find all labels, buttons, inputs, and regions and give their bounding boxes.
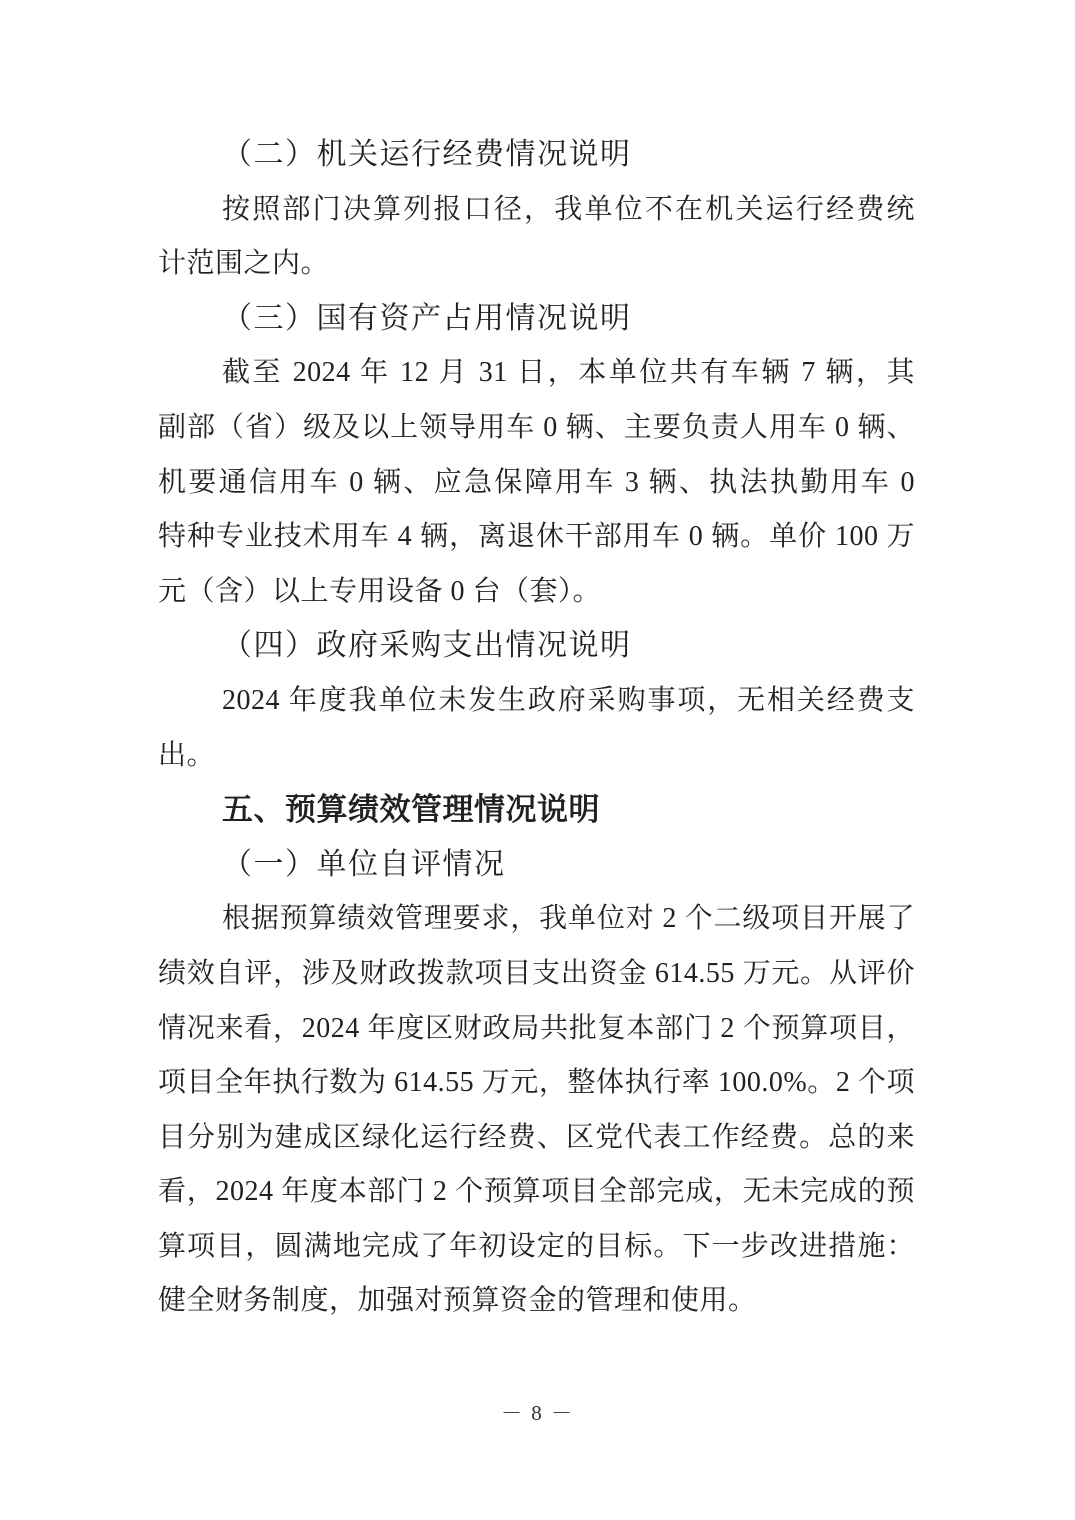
- body-line: 根据预算绩效管理要求，我单位对 2 个二级项目开展了: [158, 892, 915, 947]
- body-line: 副部（省）级及以上领导用车 0 辆、主要负责人用车 0 辆、: [158, 401, 915, 456]
- subsection-heading-i: （一）单位自评情况: [158, 838, 915, 893]
- body-line: 机要通信用车 0 辆、应急保障用车 3 辆、执法执勤用车 0 辆，: [158, 456, 915, 511]
- body-line: 项目全年执行数为 614.55 万元，整体执行率 100.0%。2 个项: [158, 1056, 915, 1111]
- section-heading-iii: （三）国有资产占用情况说明: [158, 292, 915, 347]
- section-heading-iv: （四）政府采购支出情况说明: [158, 619, 915, 674]
- body-line: 出。: [158, 729, 915, 784]
- body-line: 计范围之内。: [158, 237, 915, 292]
- body-line: 截至 2024 年 12 月 31 日，本单位共有车辆 7 辆，其中，: [158, 346, 915, 401]
- body-line: 特种专业技术用车 4 辆，离退休干部用车 0 辆。单价 100 万: [158, 510, 915, 565]
- section-heading-ii: （二）机关运行经费情况说明: [158, 128, 915, 183]
- page-number: － 8 －: [0, 1398, 1075, 1428]
- body-line: 健全财务制度，加强对预算资金的管理和使用。: [158, 1274, 915, 1329]
- body-line: 按照部门决算列报口径，我单位不在机关运行经费统: [158, 183, 915, 238]
- body-text: （二）机关运行经费情况说明 按照部门决算列报口径，我单位不在机关运行经费统 计范…: [158, 128, 915, 1329]
- body-line: 目分别为建成区绿化运行经费、区党代表工作经费。总的来: [158, 1111, 915, 1166]
- chapter-heading-v: 五、预算绩效管理情况说明: [158, 783, 915, 838]
- body-line: 2024 年度我单位未发生政府采购事项，无相关经费支: [158, 674, 915, 729]
- body-line: 元（含）以上专用设备 0 台（套）。: [158, 565, 915, 620]
- body-line: 算项目，圆满地完成了年初设定的目标。下一步改进措施：: [158, 1220, 915, 1275]
- body-line: 情况来看，2024 年度区财政局共批复本部门 2 个预算项目，: [158, 1002, 915, 1057]
- body-line: 绩效自评，涉及财政拨款项目支出资金 614.55 万元。从评价: [158, 947, 915, 1002]
- document-page: （二）机关运行经费情况说明 按照部门决算列报口径，我单位不在机关运行经费统 计范…: [0, 0, 1075, 1520]
- body-line: 看，2024 年度本部门 2 个预算项目全部完成，无未完成的预: [158, 1165, 915, 1220]
